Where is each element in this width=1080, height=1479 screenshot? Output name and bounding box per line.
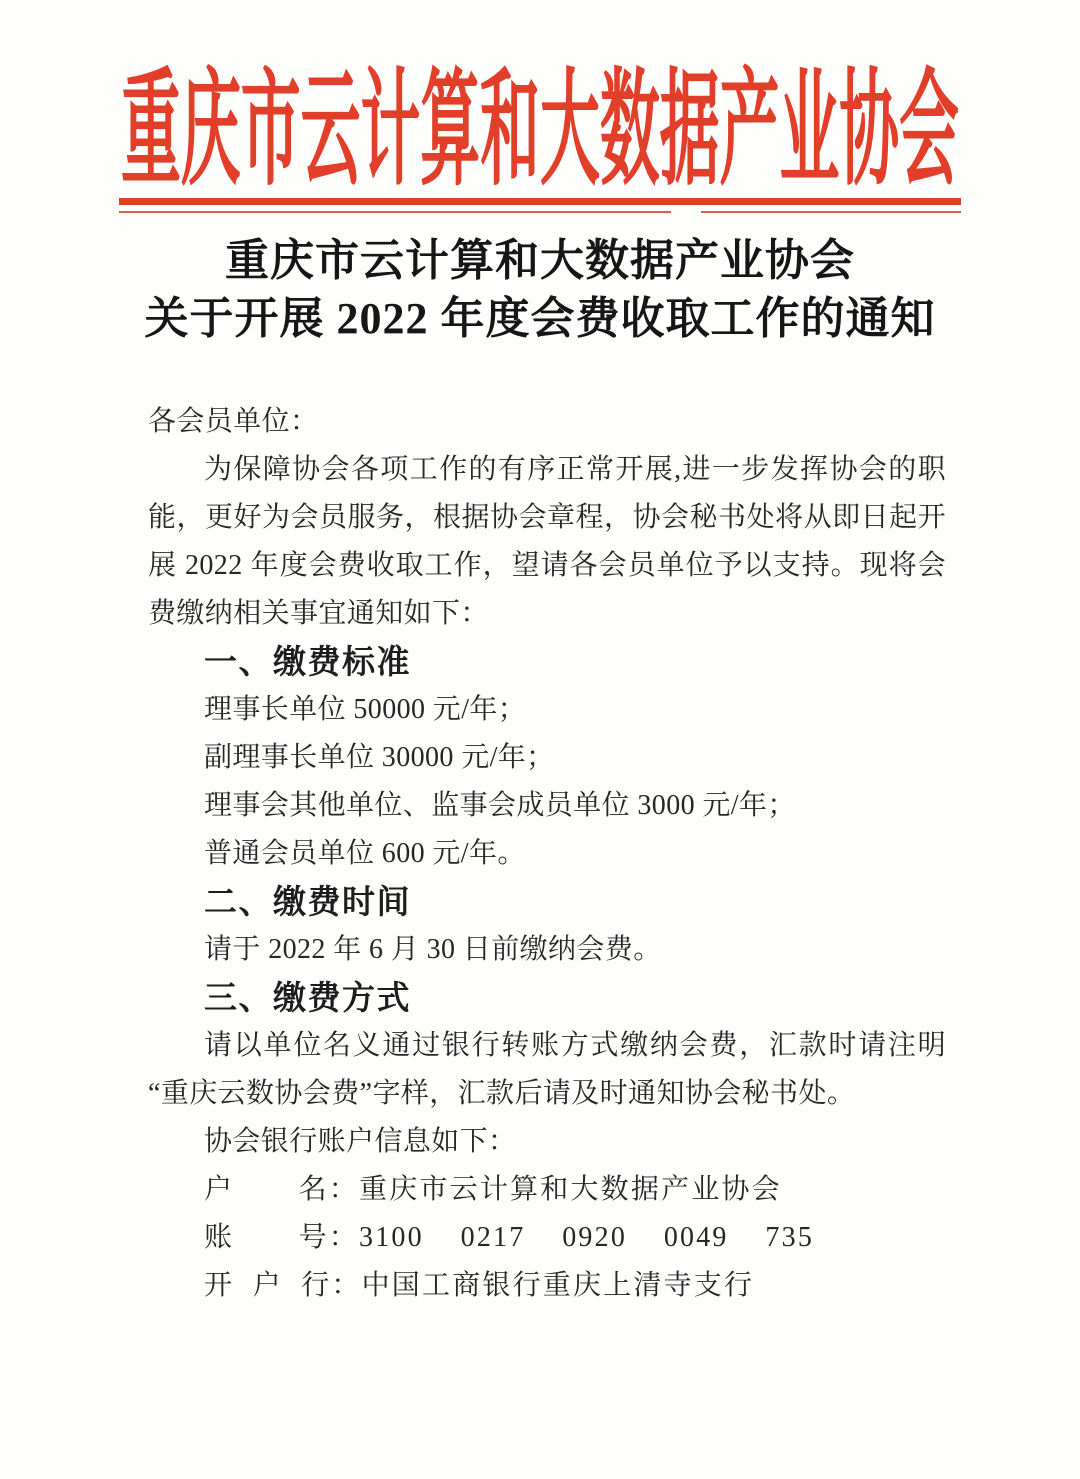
section-1-heading: 一、缴费标准	[148, 638, 946, 686]
payment-method-line-2: “重庆云数协会费”字样，汇款后请及时通知协会秘书处。	[148, 1070, 946, 1118]
account-number-row: 账 号：3100 0217 0920 0049 735	[148, 1214, 946, 1262]
red-divider-thin-gap	[671, 211, 701, 213]
fee-item-chairman: 理事长单位 50000 元/年；	[148, 686, 946, 734]
intro-line-3: 展 2022 年度会费收取工作，望请各会员单位予以支持。现将会	[148, 542, 946, 590]
account-name-row: 户 名：重庆市云计算和大数据产业协会	[148, 1166, 946, 1214]
fee-item-vice-chairman: 副理事长单位 30000 元/年；	[148, 734, 946, 782]
payment-deadline: 请于 2022 年 6 月 30 日前缴纳会费。	[148, 926, 946, 974]
red-divider-thin	[119, 211, 961, 214]
intro-line-1: 为保障协会各项工作的有序正常开展,进一步发挥协会的职	[148, 446, 946, 494]
red-divider-thin-right	[701, 211, 961, 213]
bank-branch-row: 开 户 行：中国工商银行重庆上清寺支行	[148, 1262, 946, 1310]
red-divider-thin-left	[119, 211, 671, 213]
fee-item-council: 理事会其他单位、监事会成员单位 3000 元/年；	[148, 782, 946, 830]
intro-line-4: 费缴纳相关事宜通知如下：	[148, 590, 946, 638]
intro-line-2: 能，更好为会员服务，根据协会章程，协会秘书处将从即日起开	[148, 494, 946, 542]
account-name-value: 重庆市云计算和大数据产业协会	[359, 1174, 782, 1205]
account-number-label: 账 号：	[204, 1222, 359, 1253]
doc-title-line-2: 关于开展 2022 年度会费收取工作的通知	[0, 290, 1080, 348]
bank-info-intro: 协会银行账户信息如下：	[148, 1118, 946, 1166]
account-name-label: 户 名：	[204, 1174, 359, 1205]
salutation: 各会员单位：	[148, 398, 946, 446]
document-page: 重庆市云计算和大数据产业协会 重庆市云计算和大数据产业协会 关于开展 2022 …	[0, 0, 1080, 1479]
bank-branch-label: 开 户 行：	[204, 1270, 362, 1301]
letterhead-banner: 重庆市云计算和大数据产业协会	[0, 44, 1080, 214]
doc-title-line-1: 重庆市云计算和大数据产业协会	[0, 232, 1080, 290]
document-title: 重庆市云计算和大数据产业协会 关于开展 2022 年度会费收取工作的通知	[0, 232, 1080, 348]
bank-branch-value: 中国工商银行重庆上清寺支行	[362, 1270, 755, 1301]
section-2-heading: 二、缴费时间	[148, 878, 946, 926]
account-number-value: 3100 0217 0920 0049 735	[359, 1222, 814, 1253]
document-body: 各会员单位： 为保障协会各项工作的有序正常开展,进一步发挥协会的职 能，更好为会…	[148, 398, 946, 1310]
org-name-banner: 重庆市云计算和大数据产业协会	[121, 29, 959, 210]
fee-item-ordinary: 普通会员单位 600 元/年。	[148, 830, 946, 878]
letterhead: 重庆市云计算和大数据产业协会	[0, 44, 1080, 194]
payment-method-line-1: 请以单位名义通过银行转账方式缴纳会费，汇款时请注明	[148, 1022, 946, 1070]
section-3-heading: 三、缴费方式	[148, 974, 946, 1022]
